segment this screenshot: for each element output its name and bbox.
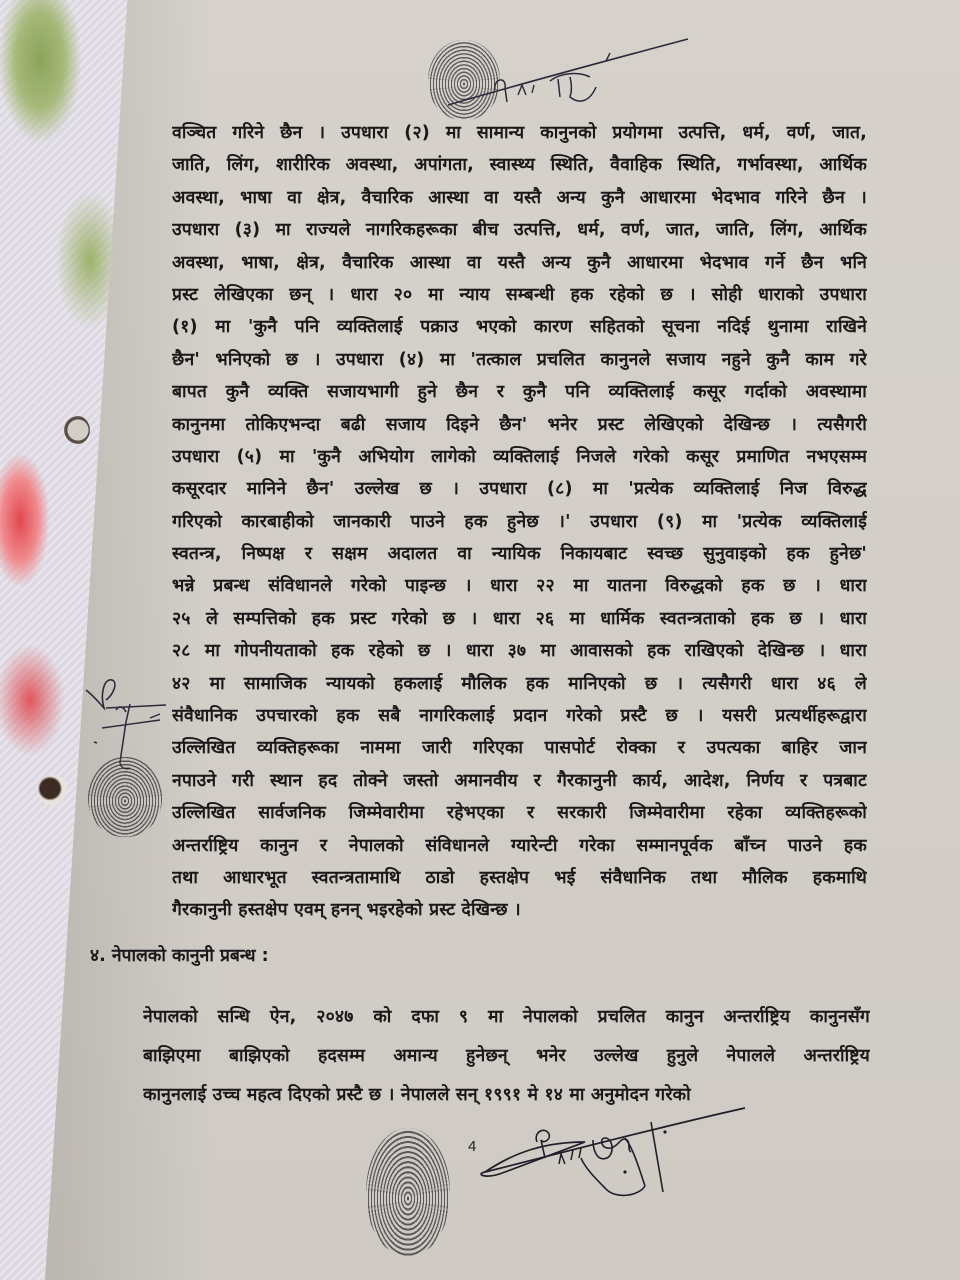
text-line: प्रस्ट लेखिएका छन् । धारा २० मा न्याय सम…	[172, 279, 867, 311]
text-line: ४२ मा सामाजिक न्यायको हकलाई मौलिक हक मान…	[172, 668, 867, 700]
text-line: वञ्चित गरिने छैन । उपधारा (२) मा सामान्य…	[172, 117, 867, 149]
text-line: २५ ले सम्पत्तिको हक प्रस्ट गरेको छ । धार…	[172, 603, 867, 635]
text-line: गरिएको कारबाहीको जानकारी पाउने हक हुनेछ …	[172, 506, 867, 538]
text-line: कसूरदार मानिने छैन' उल्लेख छ । उपधारा (८…	[172, 473, 867, 505]
text-line: बाझिएमा बाझिएको हदसम्म अमान्य हुनेछन् भन…	[143, 1037, 870, 1076]
top-signature	[440, 35, 700, 125]
thumbprint-margin	[88, 757, 162, 837]
text-line: छैन' भनिएको छ । उपधारा (४) मा 'तत्काल प्…	[172, 344, 867, 376]
text-line: तथा आधारभूत स्वतन्त्रतामाथि ठाडो हस्तक्ष…	[172, 862, 867, 894]
text-line: गैरकानुनी हस्तक्षेप एवम् हनन् भइरहेको प्…	[172, 894, 867, 926]
punch-hole-bottom	[38, 775, 68, 805]
text-line: उपधारा (५) मा 'कुनै अभियोग लागेको व्यक्त…	[172, 441, 867, 473]
text-line: भन्ने प्रबन्ध संविधानले गरेको पाइन्छ । ध…	[172, 570, 867, 602]
text-line: बापत कुनै व्यक्ति सजायभागी हुने छैन र कु…	[172, 376, 867, 408]
text-line: उल्लिखित सार्वजनिक जिम्मेवारीमा रहेभएका …	[172, 797, 867, 829]
section-heading: ४. नेपालको कानुनी प्रबन्ध :	[90, 943, 269, 967]
punch-hole-top	[60, 415, 90, 445]
text-line: उपधारा (३) मा राज्यले नागरिकहरूका बीच उत…	[172, 214, 867, 246]
text-line: (१) मा 'कुनै पनि व्यक्तिलाई पक्राउ भएको …	[172, 311, 867, 343]
text-line: २८ मा गोपनीयताको हक रहेको छ । धारा ३७ मा…	[172, 635, 867, 667]
text-line: अवस्था, भाषा वा क्षेत्र, वैचारिक आस्था व…	[172, 182, 867, 214]
bottom-signature	[475, 1110, 755, 1220]
text-line: अवस्था, भाषा, क्षेत्र, वैचारिक आस्था वा …	[172, 247, 867, 279]
body-paragraph: वञ्चित गरिने छैन । उपधारा (२) मा सामान्य…	[172, 117, 867, 927]
text-line: स्वतन्त्र, निष्पक्ष र सक्षम अदालत वा न्य…	[172, 538, 867, 570]
text-line: जाति, लिंग, शारीरिक अवस्था, अपांगता, स्व…	[172, 149, 867, 181]
text-line: नेपालको सन्धि ऐन, २०४७ को दफा ९ मा नेपाल…	[143, 998, 870, 1037]
text-line: उल्लिखित व्यक्तिहरूका नाममा जारी गरिएका …	[172, 732, 867, 764]
text-line: अन्तर्राष्ट्रिय कानुन र नेपालको संविधानल…	[172, 830, 867, 862]
section-paragraph: नेपालको सन्धि ऐन, २०४७ को दफा ९ मा नेपाल…	[143, 998, 870, 1115]
text-line: नपाउने गरी स्थान हद तोक्ने जस्तो अमानवीय…	[172, 765, 867, 797]
thumbprint-bottom	[366, 1128, 450, 1256]
text-line: कानुनमा तोकिएभन्दा बढी सजाय दिइने छैन' भ…	[172, 409, 867, 441]
text-line: संवैधानिक उपचारको हक सबै नागरिकलाई प्रदा…	[172, 700, 867, 732]
